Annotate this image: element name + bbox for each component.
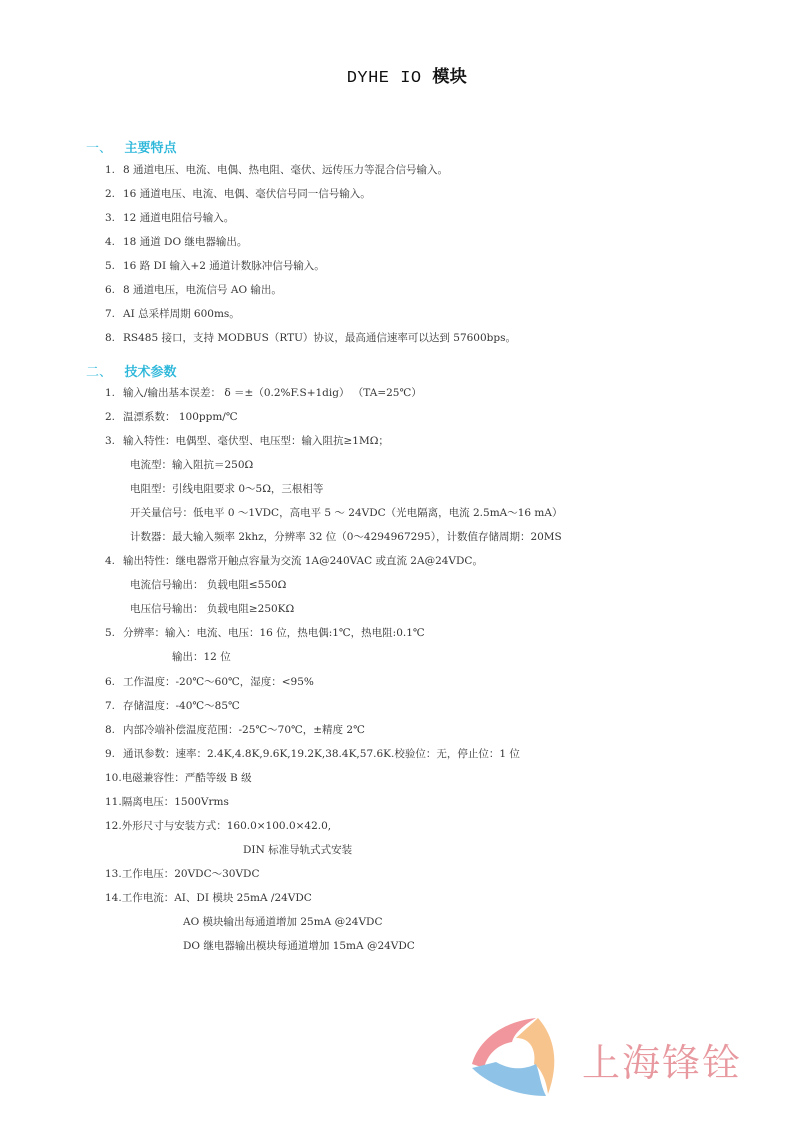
spec-subitem: AO 模块输出每通道增加 25mA @24VDC: [183, 915, 383, 929]
section-heading-tech-params: 二、 技术参数: [86, 361, 177, 380]
company-watermark: 上海锋铨: [470, 1012, 770, 1102]
spec-subitem: 电流型：输入阻抗＝250Ω: [130, 458, 253, 472]
title-latin: DYHE IO: [347, 69, 422, 88]
company-name: 上海锋铨: [582, 1032, 742, 1087]
section-number: 二、: [86, 361, 120, 380]
spec-subitem: 开关量信号：低电平 0 ～1VDC，高电平 5 ～ 24VDC（光电隔离，电流 …: [130, 506, 562, 520]
feature-item: 6.8 通道电压，电流信号 AO 输出。: [105, 283, 282, 297]
spec-subitem: DIN 标准导轨式式安装: [243, 843, 352, 857]
spec-item: 9.通讯参数：速率：2.4K,4.8K,9.6K,19.2K,38.4K,57.…: [105, 747, 520, 761]
spec-subitem: 电阻型：引线电阻要求 0～5Ω，三根相等: [130, 482, 323, 496]
section-heading-main-features: 一、 主要特点: [86, 137, 177, 156]
spec-subitem: 电压信号输出： 负载电阻≥250KΩ: [130, 602, 294, 616]
feature-item: 3.12 通道电阻信号输入。: [105, 211, 234, 225]
spec-item: 11.隔离电压：1500Vrms: [105, 795, 229, 809]
document-title: DYHE IO 模块: [0, 62, 794, 88]
spec-item: 7.存储温度：-40℃～85℃: [105, 699, 240, 713]
spec-item: 5.分辨率：输入：电流、电压：16 位，热电偶:1℃，热电阻:0.1℃: [105, 626, 425, 640]
section-title: 技术参数: [125, 365, 177, 380]
spec-item: 10.电磁兼容性：严酷等级 B 级: [105, 771, 252, 785]
feature-item: 8.RS485 接口，支持 MODBUS（RTU）协议，最高通信速率可以达到 5…: [105, 331, 516, 345]
spec-subitem: 输出：12 位: [172, 650, 231, 664]
section-title: 主要特点: [125, 141, 177, 156]
spec-item: 2.温漂系数： 100ppm/℃: [105, 410, 238, 424]
spec-item: 3.输入特性：电偶型、毫伏型、电压型：输入阻抗≥1MΩ；: [105, 434, 389, 448]
feature-item: 2.16 通道电压、电流、电偶、毫伏信号同一信号输入。: [105, 187, 371, 201]
spec-item: 4.输出特性：继电器常开触点容量为交流 1A@240VAC 或直流 2A@24V…: [105, 554, 483, 568]
title-cjk: 模块: [432, 67, 467, 87]
spec-item: 12.外形尺寸与安装方式：160.0×100.0×42.0,: [105, 819, 331, 833]
spec-subitem: 计数器：最大输入频率 2khz，分辨率 32 位（0～4294967295），计…: [130, 530, 562, 544]
spec-item: 6.工作温度：-20℃～60℃，湿度：<95%: [105, 675, 314, 689]
spec-subitem: 电流信号输出： 负载电阻≤550Ω: [130, 578, 286, 592]
spec-item: 13.工作电压：20VDC～30VDC: [105, 867, 260, 881]
feature-item: 1.8 通道电压、电流、电偶、热电阻、毫伏、远传压力等混合信号输入。: [105, 163, 448, 177]
spec-item: 8.内部冷端补偿温度范围：-25℃～70℃，±精度 2℃: [105, 723, 365, 737]
spec-item: 14.工作电流：AI、DI 模块 25mA /24VDC: [105, 891, 312, 905]
spec-item: 1.输入/输出基本误差： δ ＝±（0.2%F.S+1dig） （TA=25℃）: [105, 386, 422, 400]
feature-item: 5.16 路 DI 输入+2 通道计数脉冲信号输入。: [105, 259, 325, 273]
section-number: 一、: [86, 137, 120, 156]
feature-item: 7.AI 总采样周期 600ms。: [105, 307, 240, 321]
feature-item: 4.18 通道 DO 继电器输出。: [105, 235, 247, 249]
spec-subitem: DO 继电器输出模块每通道增加 15mA @24VDC: [183, 939, 415, 953]
company-logo-icon: [470, 1012, 570, 1102]
